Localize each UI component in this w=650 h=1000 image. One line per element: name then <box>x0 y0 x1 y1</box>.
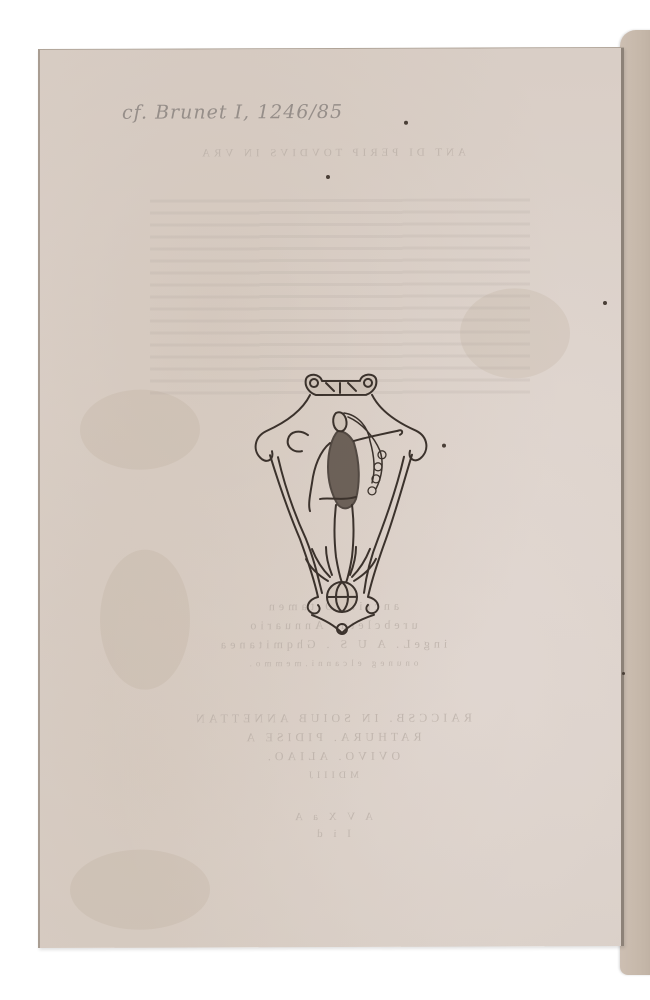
show-through-text-block <box>150 198 530 399</box>
show-through-imprint: RAICCSB. IN SOIUB ANNETTAN RATHURA. PIDI… <box>40 708 624 786</box>
show-through-line: RAICCSB. IN SOIUB ANNETTAN <box>40 708 624 729</box>
foxing-stain <box>70 849 210 929</box>
ink-speck <box>603 301 607 305</box>
show-through-line: ANT DI PERIP TOVDIVS IN VRA <box>40 146 624 160</box>
book-page: cf. Brunet I, 1246/85 ANT DI PERIP TOVDI… <box>38 47 624 948</box>
book-back-board <box>620 30 650 975</box>
printers-device-woodcut <box>248 371 433 640</box>
pencil-annotation: cf. Brunet I, 1246/85 <box>122 101 343 124</box>
show-through-line: RATHURA. PIDISE A <box>40 727 624 748</box>
crest-top-icon <box>306 375 377 396</box>
ink-speck <box>622 672 625 675</box>
fortuna-figure-icon <box>288 412 402 583</box>
ink-speck <box>404 121 408 125</box>
show-through-line: OVIVO. ALIAO. <box>40 746 624 767</box>
ink-speck <box>442 444 446 448</box>
ink-speck <box>326 175 330 179</box>
show-through-line: MDIIIJ <box>40 765 624 786</box>
show-through-line: onuneg elcanni.memmo. <box>40 653 624 674</box>
foxing-stain <box>80 389 200 469</box>
show-through-line: A V X a A <box>40 808 624 827</box>
show-through-footer: A V X a A I i d <box>40 808 624 844</box>
show-through-header: ANT DI PERIP TOVDIVS IN VRA <box>40 146 624 160</box>
show-through-line: I i d <box>40 825 624 844</box>
